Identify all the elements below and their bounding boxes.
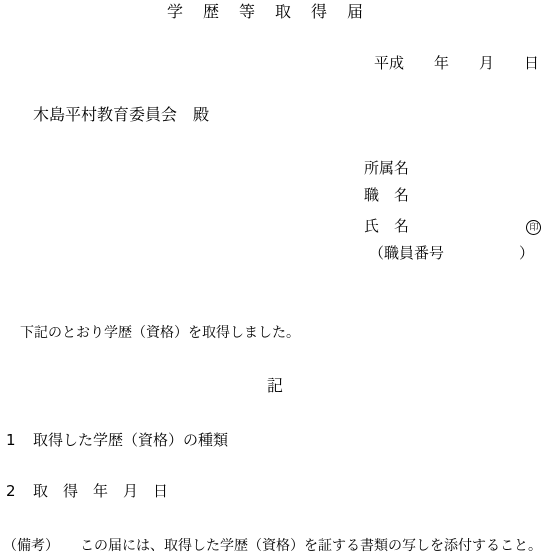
document-title: 学 歴 等 取 得 届 <box>167 3 365 21</box>
addressee: 木島平村教育委員会 殿 <box>33 106 209 124</box>
employee-number-label: （職員番号 ） <box>369 245 534 262</box>
document-page: 学 歴 等 取 得 届 平成 年 月 日 木島平村教育委員会 殿 所属名 職 名… <box>0 0 557 555</box>
note-text: （備考） この届には、取得した学歴（資格）を証する書類の写しを添付すること。 <box>3 538 542 554</box>
list-item-1-text: 取得した学歴（資格）の種類 <box>33 432 228 449</box>
list-item-2-text: 取 得 年 月 日 <box>33 483 168 500</box>
date-line: 平成 年 月 日 <box>374 55 539 72</box>
name-label: 氏 名 <box>364 218 409 235</box>
seal-icon: 印 <box>526 220 541 235</box>
statement-text: 下記のとおり学歴（資格）を取得しました。 <box>20 325 300 341</box>
affiliation-label: 所属名 <box>364 160 409 177</box>
record-heading: 記 <box>267 377 283 395</box>
list-item-1-number: 1 <box>6 432 16 449</box>
position-label: 職 名 <box>364 187 409 204</box>
list-item-2-number: 2 <box>6 483 16 500</box>
seal-icon-text: 印 <box>529 223 538 232</box>
